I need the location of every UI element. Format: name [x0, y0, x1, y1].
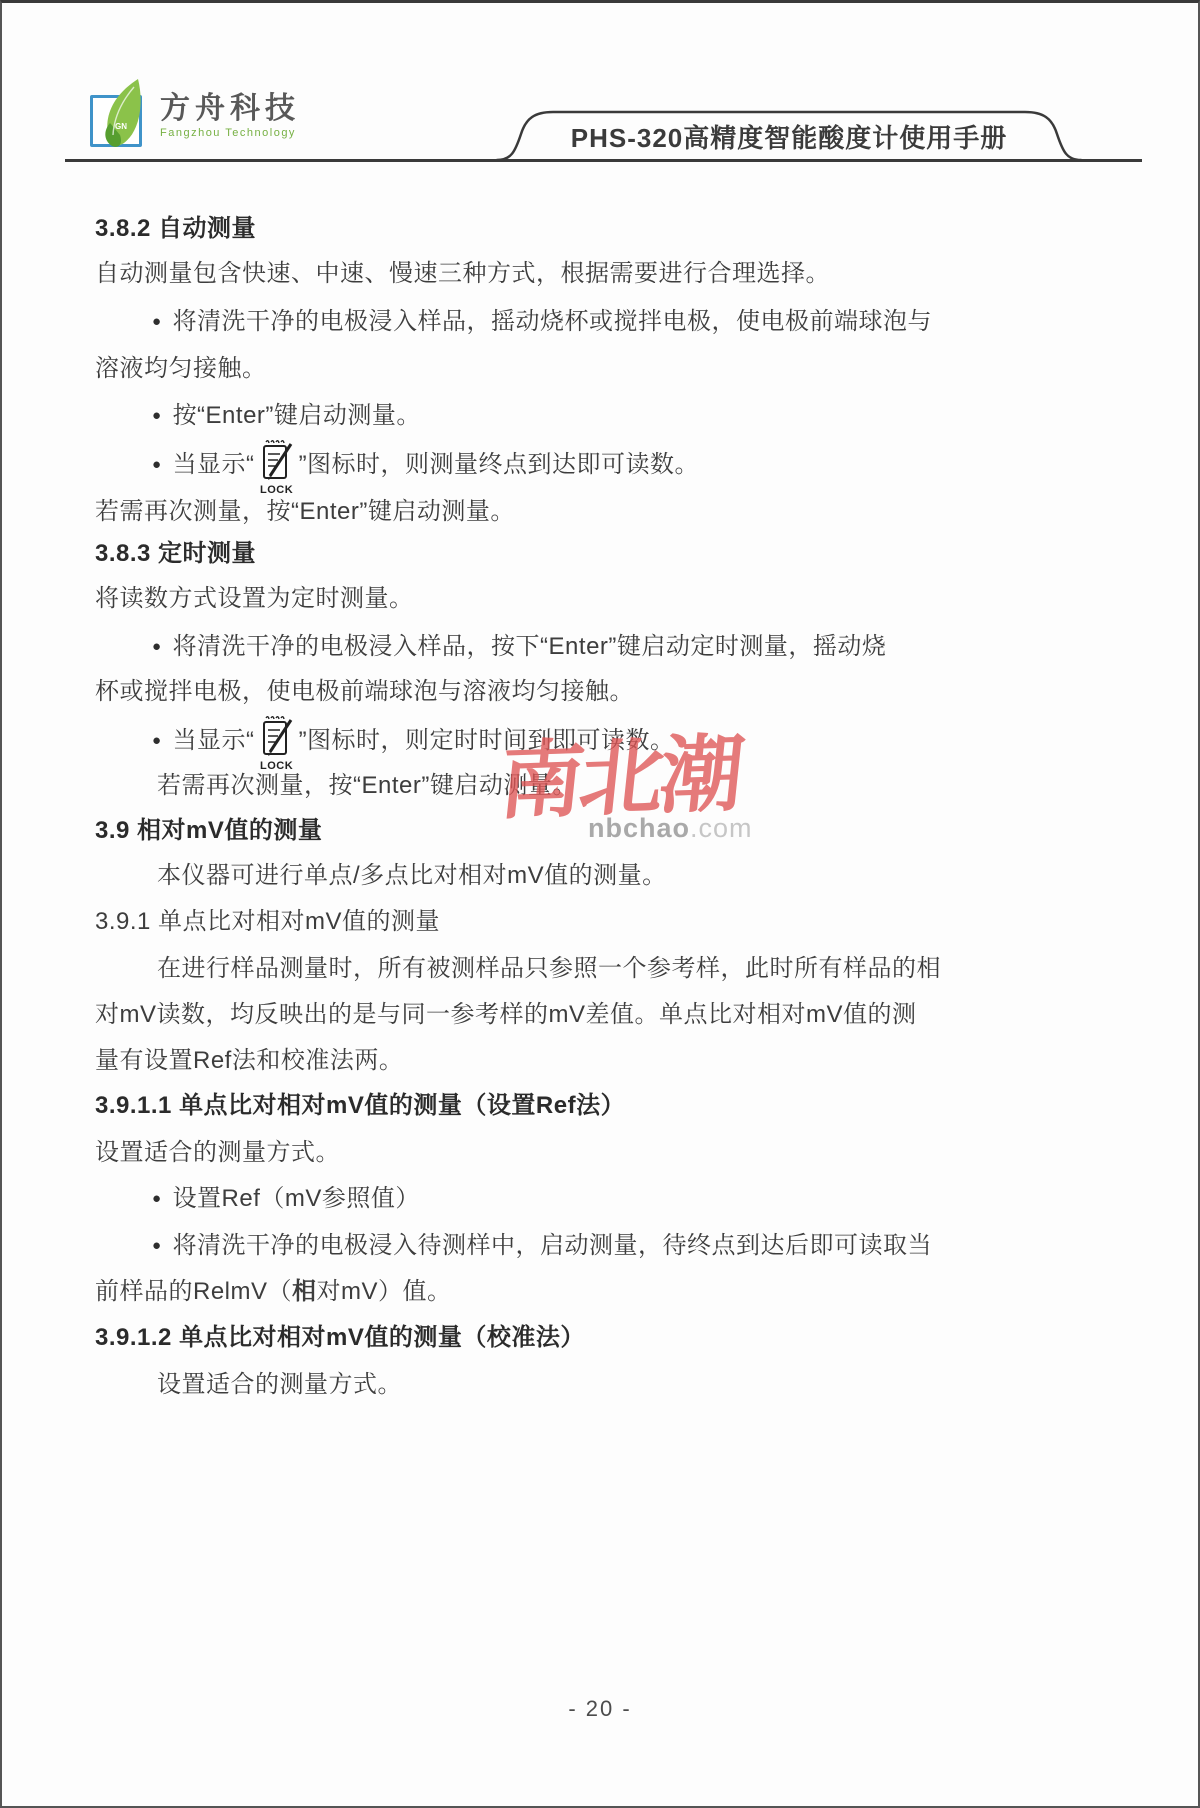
body-line: 设置适合的测量方式。 — [95, 1139, 340, 1166]
body-line: 杯或搅拌电极，使电极前端球泡与溶液均匀接触。 — [95, 678, 634, 705]
icon-line-pre: 当显示“ — [173, 727, 255, 754]
body-line: 若需再次测量，按“Enter”键启动测量。 — [95, 772, 577, 799]
bullet-item: ●将清洗干净的电极浸入待测样中，启动测量，待终点到达后即可读取当 — [95, 1232, 932, 1259]
mixed-pre: 前样品的RelmV（ — [95, 1278, 292, 1305]
page-number: - 20 - — [2, 1696, 1198, 1722]
section-heading-3-8-3: 3.8.3 定时测量 — [95, 540, 256, 567]
bullet-item: ●设置Ref（mV参照值） — [95, 1185, 420, 1212]
bullet-icon: ● — [152, 407, 162, 424]
icon-line-post: ”图标时，则定时时间到即可读数。 — [299, 727, 675, 754]
lock-icon-label: LOCK — [260, 761, 293, 772]
section-heading-3-9-1: 3.9.1 单点比对相对mV值的测量 — [95, 908, 440, 935]
bullet-item: ●将清洗干净的电极浸入样品，按下“Enter”键启动定时测量，摇动烧 — [95, 633, 886, 660]
bullet-item: ●按“Enter”键启动测量。 — [95, 402, 421, 429]
bullet-icon: ● — [152, 1237, 162, 1254]
bullet-text: 将清洗干净的电极浸入待测样中，启动测量，待终点到达后即可读取当 — [173, 1232, 933, 1259]
bullet-text: 将清洗干净的电极浸入样品，摇动烧杯或搅拌电极，使电极前端球泡与 — [173, 308, 933, 335]
mixed-post: 对mV）值。 — [317, 1278, 452, 1305]
bullet-text: 设置Ref（mV参照值） — [173, 1185, 420, 1212]
body-line: 本仪器可进行单点/多点比对相对mV值的测量。 — [95, 862, 667, 889]
bullet-icon: ● — [152, 638, 162, 655]
body-line: 将读数方式设置为定时测量。 — [95, 585, 414, 612]
notepad-pencil-icon — [260, 716, 294, 760]
bullet-item-with-icon: ● 当显示“ LOCK ”图标时，则定时时间到即可读数。 — [95, 709, 675, 771]
body-line: 若需再次测量，按“Enter”键启动测量。 — [95, 498, 515, 525]
section-heading-3-9-1-2: 3.9.1.2 单点比对相对mV值的测量（校准法） — [95, 1324, 585, 1351]
bullet-icon: ● — [152, 451, 162, 478]
body-line: 溶液均匀接触。 — [95, 355, 267, 382]
section-heading-3-9: 3.9 相对mV值的测量 — [95, 817, 322, 844]
bullet-icon: ● — [152, 727, 162, 754]
notepad-pencil-icon — [260, 440, 294, 484]
section-heading-3-8-2: 3.8.2 自动测量 — [95, 215, 256, 242]
manual-page: GN 方舟科技 Fangzhou Technology PHS-320高精度智能… — [0, 0, 1200, 1808]
lock-endpoint-icon: LOCK — [260, 440, 294, 496]
icon-line-pre: 当显示“ — [173, 451, 255, 478]
bullet-text: 将清洗干净的电极浸入样品，按下“Enter”键启动定时测量，摇动烧 — [173, 633, 887, 660]
bullet-icon: ● — [152, 313, 162, 330]
bullet-item-with-icon: ● 当显示“ LOCK ”图标时，则测量终点到达即可读数。 — [95, 433, 699, 495]
body-line: 对mV读数，均反映出的是与同一参考样的mV差值。单点比对相对mV值的测 — [95, 1001, 917, 1028]
lock-icon-label: LOCK — [260, 485, 293, 496]
page-content: 3.8.2 自动测量 自动测量包含快速、中速、慢速三种方式，根据需要进行合理选择… — [95, 3, 1109, 1806]
icon-line-post: ”图标时，则测量终点到达即可读数。 — [299, 451, 700, 478]
body-line: 量有设置Ref法和校准法两。 — [95, 1047, 403, 1074]
section-heading-3-9-1-1: 3.9.1.1 单点比对相对mV值的测量（设置Ref法） — [95, 1092, 625, 1119]
bullet-icon: ● — [152, 1190, 162, 1207]
bullet-text: 按“Enter”键启动测量。 — [173, 402, 421, 429]
body-line: 前样品的RelmV（相对mV）值。 — [95, 1278, 452, 1305]
lock-endpoint-icon: LOCK — [260, 716, 294, 772]
body-line: 在进行样品测量时，所有被测样品只参照一个参考样，此时所有样品的相 — [95, 955, 941, 982]
mixed-bold: 相 — [292, 1278, 317, 1305]
bullet-item: ●将清洗干净的电极浸入样品，摇动烧杯或搅拌电极，使电极前端球泡与 — [95, 308, 932, 335]
body-line: 自动测量包含快速、中速、慢速三种方式，根据需要进行合理选择。 — [95, 260, 830, 287]
body-line: 设置适合的测量方式。 — [95, 1371, 402, 1398]
